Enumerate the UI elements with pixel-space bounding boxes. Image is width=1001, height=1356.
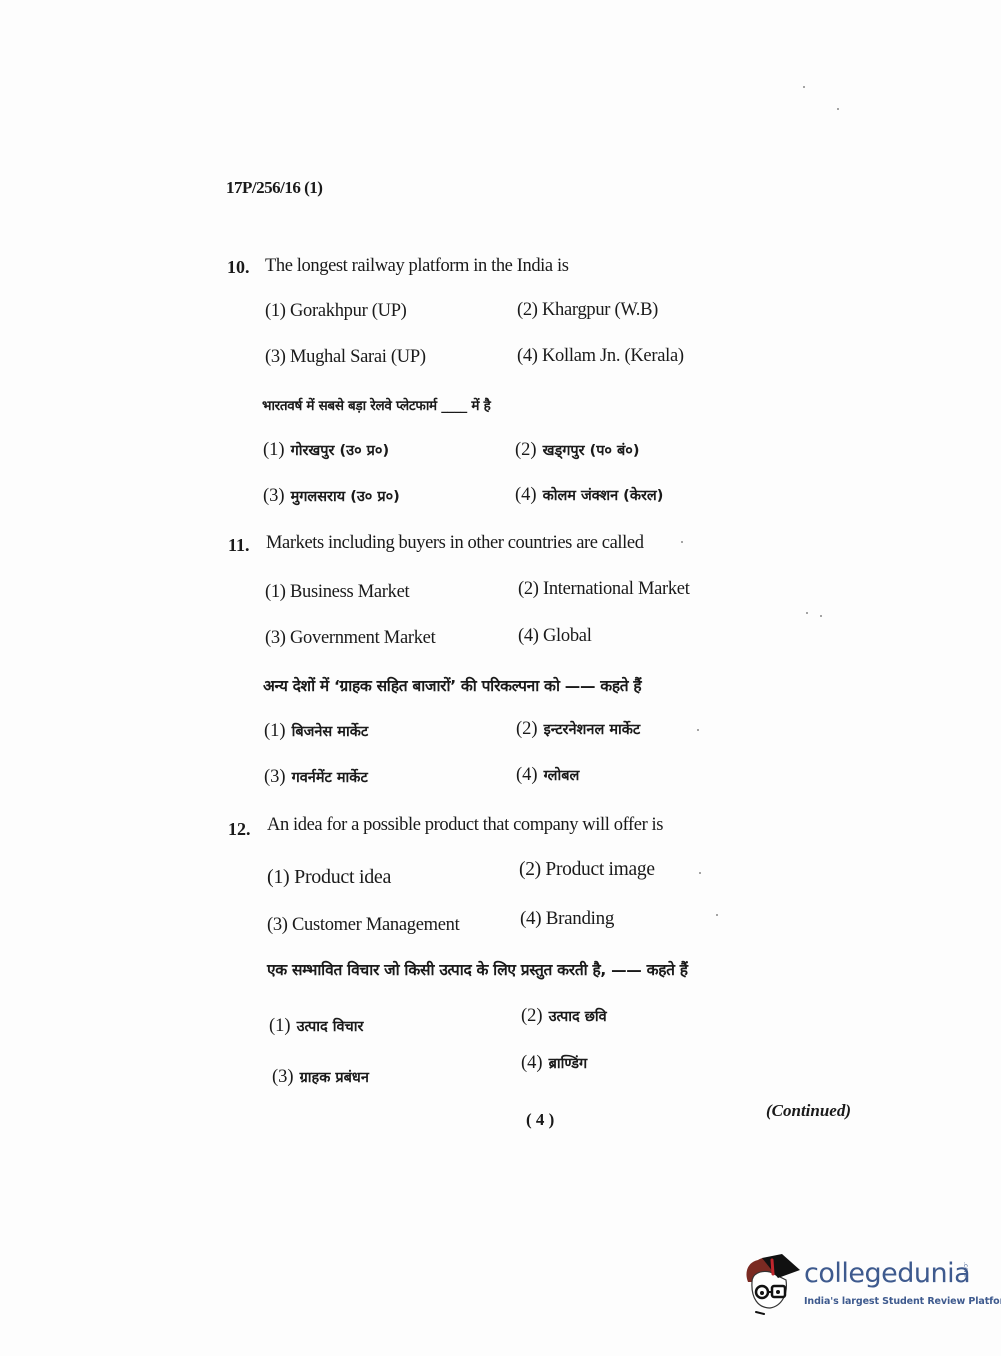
option-en-4: (4) Kollam Jn. (Kerala) <box>517 346 684 367</box>
paper-code: 17P/256/16 (1) <box>226 178 322 198</box>
scan-speck <box>806 612 808 614</box>
option-en-2: (2) International Market <box>518 579 690 600</box>
option-en-3: (3) Government Market <box>265 628 435 649</box>
option-en-1: (1) Gorakhpur (UP) <box>265 301 407 322</box>
mascot-icon <box>742 1252 802 1318</box>
option-hi-3: (3)गवर्नमेंट मार्केट <box>264 767 368 788</box>
scan-speck <box>681 541 683 543</box>
question-text-en: Markets including buyers in other countr… <box>266 533 644 554</box>
option-en-4: (4) Global <box>518 626 592 647</box>
option-hi-4: (4)कोलम जंक्शन (केरल) <box>515 485 663 506</box>
exam-page: 17P/256/16 (1) 10. The longest railway p… <box>0 0 1001 1356</box>
collegedunia-watermark: collegedunia .com India's largest Studen… <box>742 1252 972 1322</box>
option-hi-4: (4)ब्राण्डिंग <box>521 1053 587 1074</box>
option-hi-2: (2)इन्टरनेशनल मार्केट <box>516 719 640 740</box>
option-en-3: (3) Customer Management <box>267 915 459 936</box>
option-hi-3: (3)मुगलसराय (उ० प्र०) <box>263 486 400 507</box>
option-en-2: (2) Khargpur (W.B) <box>517 300 658 321</box>
option-en-1: (1) Product idea <box>267 866 391 889</box>
brand-tagline: India's largest Student Review Platform <box>804 1296 1001 1307</box>
option-hi-1: (1)उत्पाद विचार <box>269 1016 363 1037</box>
brand-com: .com <box>962 1262 969 1277</box>
continued-label: (Continued) <box>766 1101 851 1121</box>
scan-speck <box>820 615 822 617</box>
option-en-3: (3) Mughal Sarai (UP) <box>265 347 426 368</box>
question-number: 10. <box>227 257 250 278</box>
option-hi-2: (2)खड्गपुर (प० बं०) <box>515 440 639 461</box>
option-en-2: (2) Product image <box>519 859 655 881</box>
scan-speck <box>716 914 718 916</box>
question-number: 12. <box>228 819 251 840</box>
option-hi-4: (4)ग्लोबल <box>516 765 579 786</box>
option-hi-2: (2)उत्पाद छवि <box>521 1006 607 1027</box>
question-text-hi: भारतवर्ष में सबसे बड़ा रेलवे प्लेटफार्म … <box>262 396 490 414</box>
scan-speck <box>803 86 805 88</box>
question-text-en: An idea for a possible product that comp… <box>267 815 663 836</box>
question-text-hi: एक सम्भावित विचार जो किसी उत्पाद के लिए … <box>267 958 688 980</box>
option-hi-1: (1)गोरखपुर (उ० प्र०) <box>263 440 389 461</box>
option-en-4: (4) Branding <box>520 908 614 930</box>
question-number: 11. <box>228 535 250 556</box>
scan-speck <box>699 872 701 874</box>
brand-name: collegedunia <box>804 1258 970 1289</box>
page-number: ( 4 ) <box>526 1110 554 1130</box>
option-hi-3: (3)ग्राहक प्रबंधन <box>272 1067 369 1088</box>
option-en-1: (1) Business Market <box>265 582 409 603</box>
scan-speck <box>837 108 839 110</box>
scan-speck <box>697 729 699 731</box>
question-text-en: The longest railway platform in the Indi… <box>265 256 569 277</box>
question-text-hi: अन्य देशों में ‘ग्राहक सहित बाजारों’ की … <box>263 674 641 696</box>
option-hi-1: (1)बिजनेस मार्केट <box>264 721 368 742</box>
